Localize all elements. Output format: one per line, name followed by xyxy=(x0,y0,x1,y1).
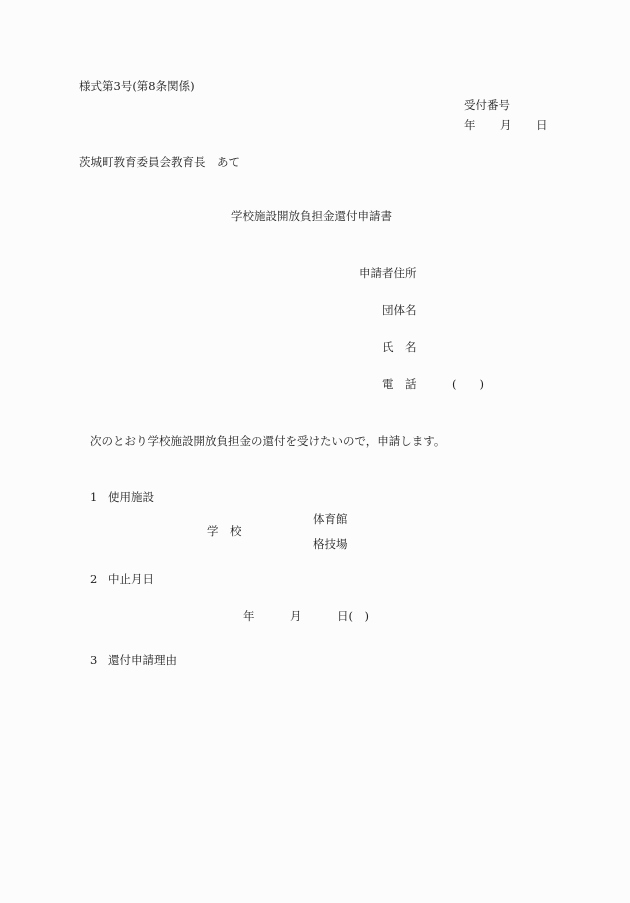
facility-option-martial-arts-hall: 格技場 xyxy=(313,539,348,551)
reception-number-label: 受付番号 xyxy=(464,100,510,112)
reception-month-label: 月 xyxy=(500,120,536,132)
section-number: 3 xyxy=(90,655,108,667)
application-statement: 次のとおり学校施設開放負担金の還付を受けたいので，申請します。 xyxy=(90,436,445,448)
document-title: 学校施設開放負担金還付申請書 xyxy=(231,211,392,223)
cancellation-day-weekday-label: 日( ) xyxy=(337,611,369,623)
reception-year-label: 年 xyxy=(464,120,500,132)
name-label: 氏 名 xyxy=(382,342,417,354)
applicant-address-label: 申請者住所 xyxy=(359,268,417,280)
group-name-label: 団体名 xyxy=(382,305,417,317)
phone-label: 電 話 xyxy=(382,379,417,391)
form-number: 様式第3号(第8条関係) xyxy=(79,81,195,93)
section-label: 中止月日 xyxy=(108,572,154,586)
section-label: 使用施設 xyxy=(108,490,154,504)
cancellation-year-label: 年 xyxy=(243,611,255,623)
section-number: 1 xyxy=(90,492,108,504)
section-refund-reason: 3還付申請理由 xyxy=(90,655,177,667)
section-cancellation-date: 2中止月日 xyxy=(90,574,154,586)
school-label: 学 校 xyxy=(207,526,242,538)
reception-date: 年月日 xyxy=(464,120,548,132)
section-label: 還付申請理由 xyxy=(108,653,177,667)
section-used-facility: 1使用施設 xyxy=(90,492,154,504)
facility-option-gymnasium: 体育館 xyxy=(313,514,348,526)
phone-area-code-parentheses: ( ) xyxy=(452,379,484,391)
reception-day-label: 日 xyxy=(536,120,548,132)
cancellation-month-label: 月 xyxy=(290,611,302,623)
section-number: 2 xyxy=(90,574,108,586)
addressee: 茨城町教育委員会教育長 あて xyxy=(79,157,240,169)
